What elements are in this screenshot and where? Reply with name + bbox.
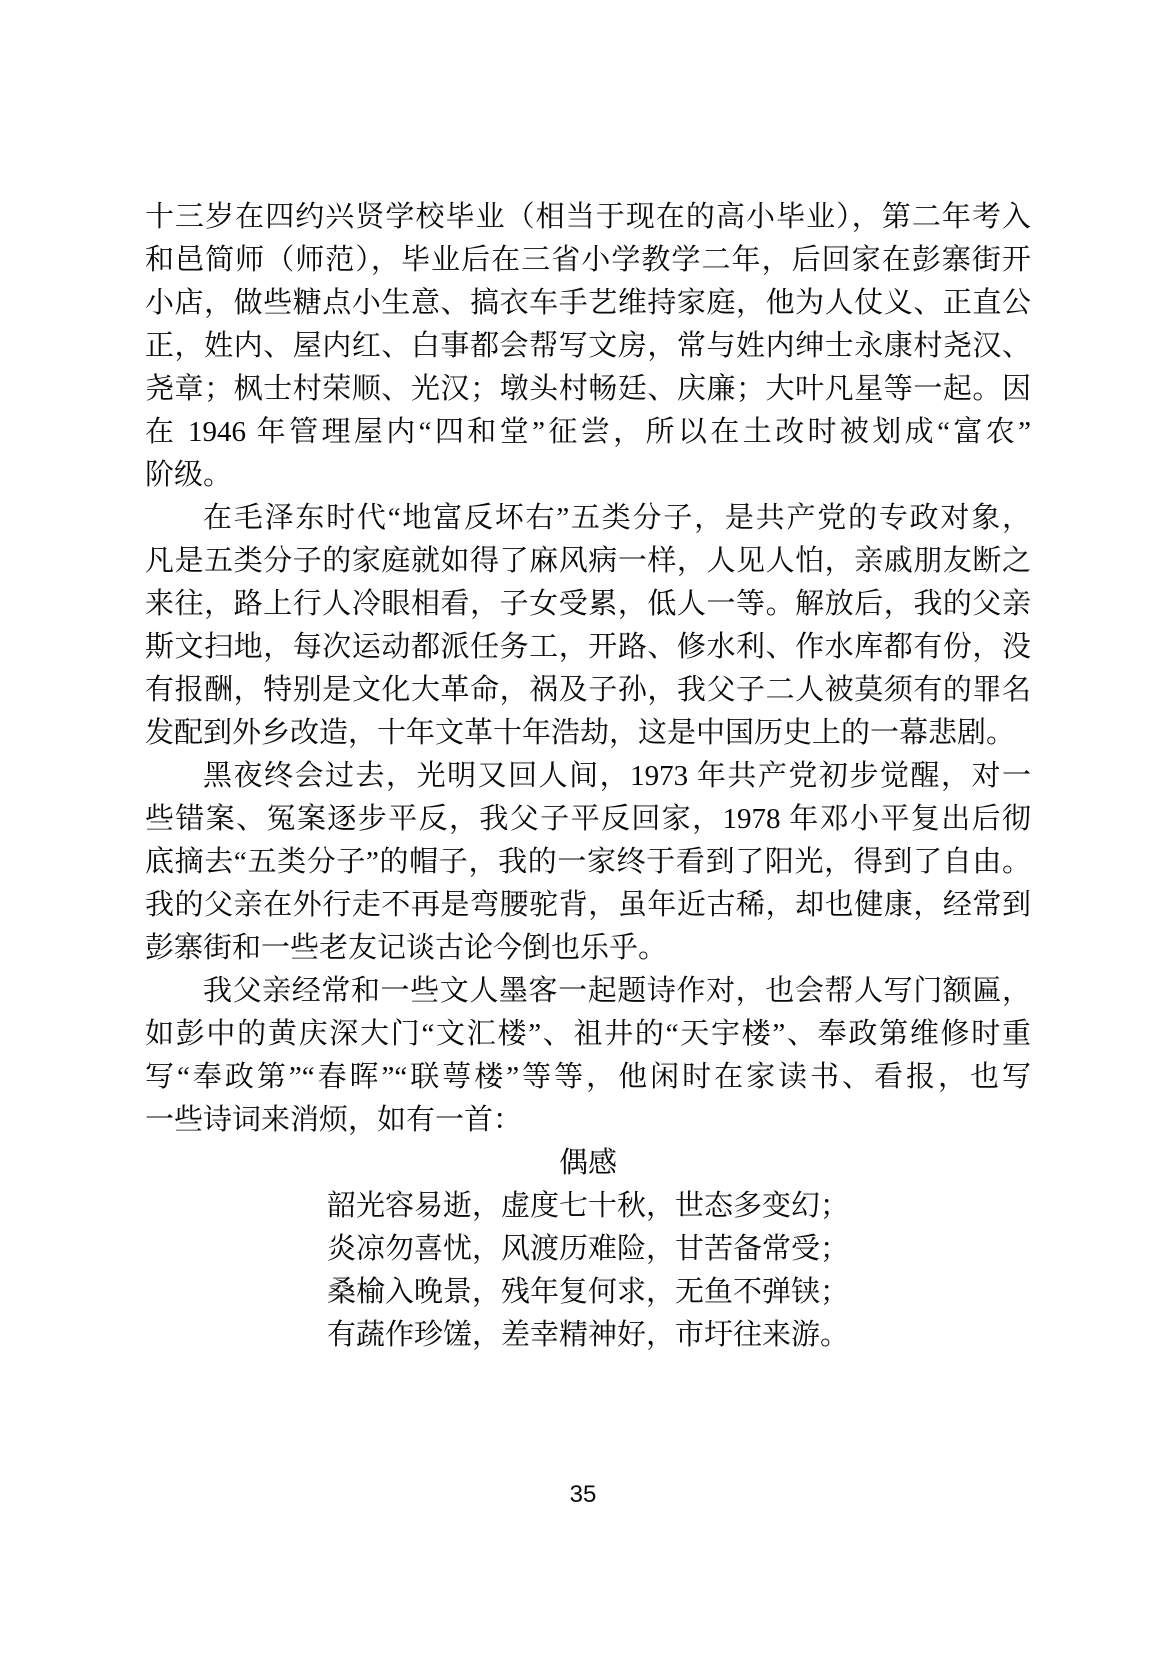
text-line: 斯文扫地，每次运动都派任务工，开路、修水利、作水库都有份，没 xyxy=(145,626,1031,669)
paragraph: 十三岁在四约兴贤学校毕业（相当于现在的高小毕业），第二年考入 和邑简师（师范），… xyxy=(145,196,1031,497)
paragraph: 黑夜终会过去，光明又回人间，1973 年共产党初步觉醒，对一 些错案、冤案逐步平… xyxy=(145,755,1031,970)
text-line: 阶级。 xyxy=(145,454,1031,497)
text-line: 我的父亲在外行走不再是弯腰驼背，虽年近古稀，却也健康，经常到 xyxy=(145,884,1031,927)
text-line: 凡是五类分子的家庭就如得了麻风病一样，人见人怕，亲戚朋友断之 xyxy=(145,540,1031,583)
text-line: 在 1946 年管理屋内“四和堂”征尝，所以在土改时被划成“富农” xyxy=(145,411,1031,454)
text-block: 十三岁在四约兴贤学校毕业（相当于现在的高小毕业），第二年考入 和邑简师（师范），… xyxy=(145,196,1031,1357)
paragraph: 在毛泽东时代“地富反坏右”五类分子，是共产党的专政对象， 凡是五类分子的家庭就如… xyxy=(145,497,1031,755)
text-line: 在毛泽东时代“地富反坏右”五类分子，是共产党的专政对象， xyxy=(145,497,1031,540)
poem-line: 有蔬作珍馐，差幸精神好，市圩往来游。 xyxy=(145,1314,1031,1357)
text-line: 十三岁在四约兴贤学校毕业（相当于现在的高小毕业），第二年考入 xyxy=(145,196,1031,239)
text-line: 正，姓内、屋内红、白事都会帮写文房，常与姓内绅士永康村尧汉、 xyxy=(145,325,1031,368)
text-line: 来往，路上行人冷眼相看，子女受累，低人一等。解放后，我的父亲 xyxy=(145,583,1031,626)
document-page: 十三岁在四约兴贤学校毕业（相当于现在的高小毕业），第二年考入 和邑简师（师范），… xyxy=(0,0,1166,1654)
poem-line: 炎凉勿喜忧，风渡历难险，甘苦备常受； xyxy=(145,1228,1031,1271)
text-line: 小店，做些糖点小生意、搞衣车手艺维持家庭，他为人仗义、正直公 xyxy=(145,282,1031,325)
poem-line: 韶光容易逝，虚度七十秋，世态多变幻； xyxy=(145,1185,1031,1228)
text-line: 写“奉政第”“春晖”“联萼楼”等等，他闲时在家读书、看报，也写 xyxy=(145,1056,1031,1099)
text-line: 我父亲经常和一些文人墨客一起题诗作对，也会帮人写门额匾， xyxy=(145,970,1031,1013)
text-line: 和邑简师（师范），毕业后在三省小学教学二年，后回家在彭寨街开 xyxy=(145,239,1031,282)
text-line: 如彭中的黄庆深大门“文汇楼”、祖井的“天宇楼”、奉政第维修时重 xyxy=(145,1013,1031,1056)
poem: 偶感 韶光容易逝，虚度七十秋，世态多变幻； 炎凉勿喜忧，风渡历难险，甘苦备常受；… xyxy=(145,1142,1031,1357)
text-line: 底摘去“五类分子”的帽子，我的一家终于看到了阳光，得到了自由。 xyxy=(145,841,1031,884)
text-line: 一些诗词来消烦，如有一首： xyxy=(145,1099,1031,1142)
text-line: 尧章；枫士村荣顺、光汉；墩头村畅廷、庆廉；大叶凡星等一起。因 xyxy=(145,368,1031,411)
text-line: 发配到外乡改造，十年文革十年浩劫，这是中国历史上的一幕悲剧。 xyxy=(145,712,1031,755)
poem-line: 桑榆入晚景，残年复何求，无鱼不弹铗； xyxy=(145,1271,1031,1314)
text-line: 黑夜终会过去，光明又回人间，1973 年共产党初步觉醒，对一 xyxy=(145,755,1031,798)
page-number: 35 xyxy=(0,1480,1166,1510)
text-line: 有报酬，特别是文化大革命，祸及子孙，我父子二人被莫须有的罪名 xyxy=(145,669,1031,712)
text-line: 彭寨街和一些老友记谈古论今倒也乐乎。 xyxy=(145,927,1031,970)
paragraph: 我父亲经常和一些文人墨客一起题诗作对，也会帮人写门额匾， 如彭中的黄庆深大门“文… xyxy=(145,970,1031,1142)
text-line: 些错案、冤案逐步平反，我父子平反回家，1978 年邓小平复出后彻 xyxy=(145,798,1031,841)
poem-title: 偶感 xyxy=(145,1142,1031,1185)
